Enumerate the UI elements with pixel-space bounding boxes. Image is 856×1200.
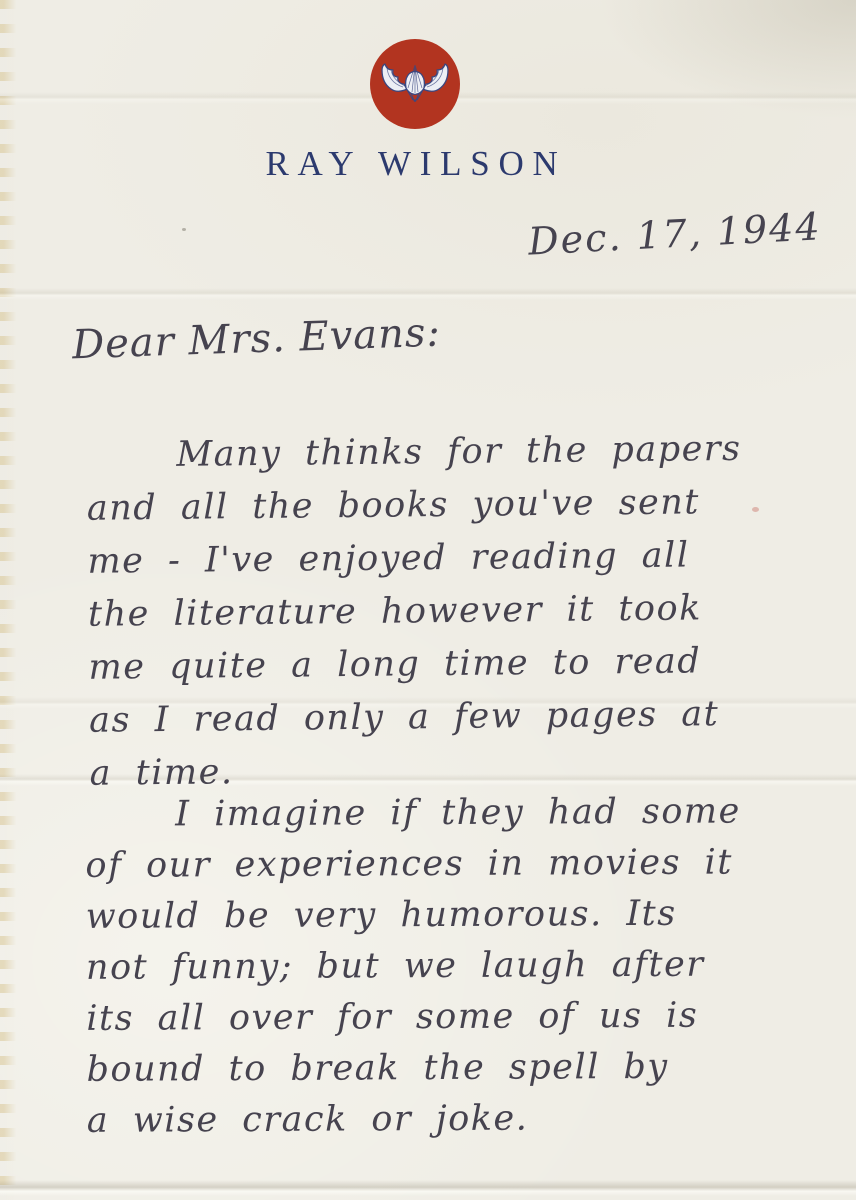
scanned-letter-page: RAY WILSON Dec. 17, 1944 Dear Mrs. Evans… <box>0 0 856 1200</box>
paper-speck <box>182 228 186 231</box>
letter-line: a wise crack or joke. <box>87 1092 807 1147</box>
letter-date: Dec. 17, 1944 <box>527 204 823 263</box>
letterhead-name: RAY WILSON <box>0 144 844 184</box>
letter-line: and all the books you've sent <box>87 475 808 536</box>
letter-line: me quite a long time to read <box>88 634 809 695</box>
letter-line: as I read only a few pages at <box>89 687 810 748</box>
fold-crease <box>0 1180 856 1196</box>
letter-line: would be very humorous. Its <box>86 888 806 943</box>
letter-line: its all over for some of us is <box>86 990 806 1045</box>
letter-line: of our experiences in movies it <box>85 837 805 892</box>
paper-wrinkle-shading <box>596 0 856 120</box>
letter-paragraph: Many thinks for the papers and all the b… <box>86 422 810 801</box>
fold-crease <box>0 288 856 300</box>
airborne-emblem <box>367 36 463 132</box>
letter-line: me - I've enjoyed reading all <box>87 528 808 589</box>
letter-line: the literature however it took <box>88 581 809 642</box>
letter-line: Many thinks for the papers <box>86 422 807 483</box>
letter-line: bound to break the spell by <box>86 1041 806 1096</box>
letter-paragraph: I imagine if they had some of our experi… <box>85 786 807 1147</box>
letter-line: I imagine if they had some <box>85 786 805 841</box>
letter-line: not funny; but we laugh after <box>86 939 806 994</box>
letter-salutation: Dear Mrs. Evans: <box>71 310 441 369</box>
